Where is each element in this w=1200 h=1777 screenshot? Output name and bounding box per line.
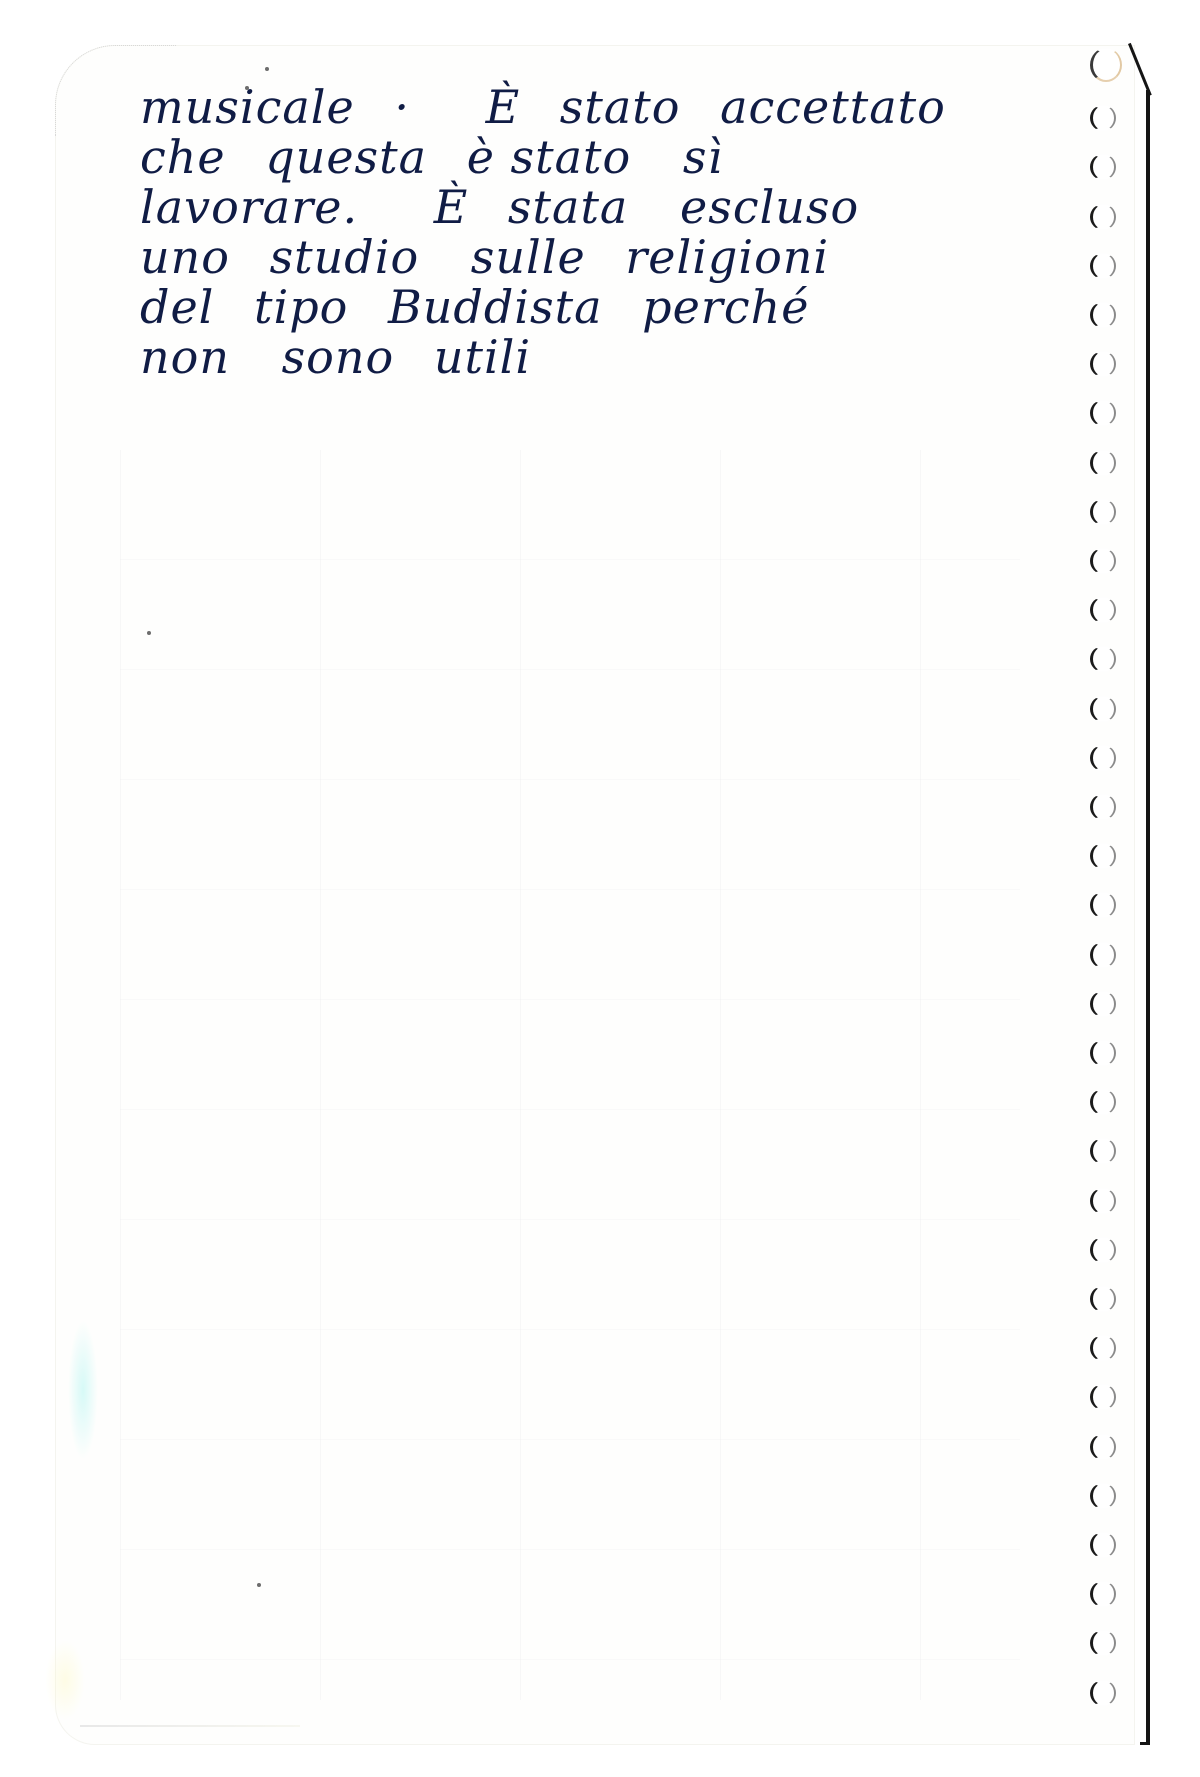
spiral-hole-icon: [1090, 794, 1116, 820]
cyan-ink-stain: [68, 1320, 98, 1460]
spiral-hole-icon: [1090, 105, 1116, 131]
binding-edge-line: [1146, 90, 1150, 1745]
word: accettato: [720, 82, 946, 132]
binding-edge-foot: [1140, 1742, 1150, 1745]
spiral-hole-icon: [1090, 597, 1116, 623]
word: sì: [683, 132, 723, 182]
word: uno: [140, 230, 230, 284]
spiral-hole-icon: [1090, 745, 1116, 771]
text-line-6: non sono utili: [140, 332, 1090, 382]
word: stato: [560, 82, 681, 132]
speck-mark: [257, 1583, 261, 1587]
word: è stato: [467, 132, 632, 182]
spiral-hole-icon: [1090, 1581, 1116, 1607]
word: È: [486, 82, 521, 132]
spiral-hole-icon: [1090, 351, 1116, 377]
word: utili: [434, 332, 531, 382]
word: religioni: [625, 232, 829, 282]
text-line-1: musicale · È stato accettato: [140, 82, 1090, 132]
spiral-hole-icon: [1090, 253, 1116, 279]
word: ·: [394, 82, 410, 132]
word: È: [434, 182, 469, 232]
word: musicale: [140, 80, 355, 134]
spiral-hole-icon: [1090, 942, 1116, 968]
word: del: [140, 280, 214, 334]
word: Buddista: [388, 282, 603, 332]
speck-mark: [265, 67, 269, 71]
page-bottom-edge: [80, 1725, 300, 1727]
word: questa: [265, 132, 427, 182]
speck-mark: [147, 631, 151, 635]
spiral-hole-icon: [1090, 1434, 1116, 1460]
word: sulle: [471, 232, 586, 282]
spiral-hole-icon: [1090, 548, 1116, 574]
spiral-hole-icon: [1090, 696, 1116, 722]
spiral-hole-icon: [1090, 204, 1116, 230]
spiral-hole-icon: [1090, 1335, 1116, 1361]
spiral-hole-icon: [1090, 1040, 1116, 1066]
spiral-hole-icon: [1090, 1532, 1116, 1558]
word: perché: [642, 282, 809, 332]
word: .: [342, 180, 358, 234]
word: studio: [270, 232, 420, 282]
spiral-hole-icon: [1090, 450, 1116, 476]
word: non: [140, 330, 230, 384]
word: sono: [282, 332, 395, 382]
yellow-paper-stain: [45, 1640, 85, 1720]
spiral-hole-icon: [1090, 1188, 1116, 1214]
text-line-2: che questa è stato sì: [140, 132, 1090, 182]
spiral-hole-icon: [1090, 1237, 1116, 1263]
spiral-hole-icon: [1090, 48, 1122, 82]
spiral-hole-icon: [1090, 843, 1116, 869]
spiral-hole-icon: [1090, 1483, 1116, 1509]
word: che: [140, 130, 226, 184]
word: tipo: [254, 282, 348, 332]
handwritten-text: musicale · È stato accettato che questa …: [140, 82, 1090, 382]
spiral-hole-icon: [1090, 1680, 1116, 1706]
text-line-4: uno studio sulle religioni: [140, 232, 1090, 282]
spiral-hole-icon: [1090, 1286, 1116, 1312]
text-line-5: del tipo Buddista perché: [140, 282, 1090, 332]
word: stata: [508, 182, 628, 232]
spiral-hole-icon: [1090, 991, 1116, 1017]
spiral-hole-icon: [1090, 302, 1116, 328]
word: escluso: [680, 182, 859, 232]
faint-paper-grid: [120, 450, 1020, 1700]
text-line-3: lavorare. È stata escluso: [140, 182, 1090, 232]
spiral-hole-icon: [1090, 499, 1116, 525]
word: lavorare: [140, 180, 342, 234]
spiral-hole-icon: [1090, 1089, 1116, 1115]
